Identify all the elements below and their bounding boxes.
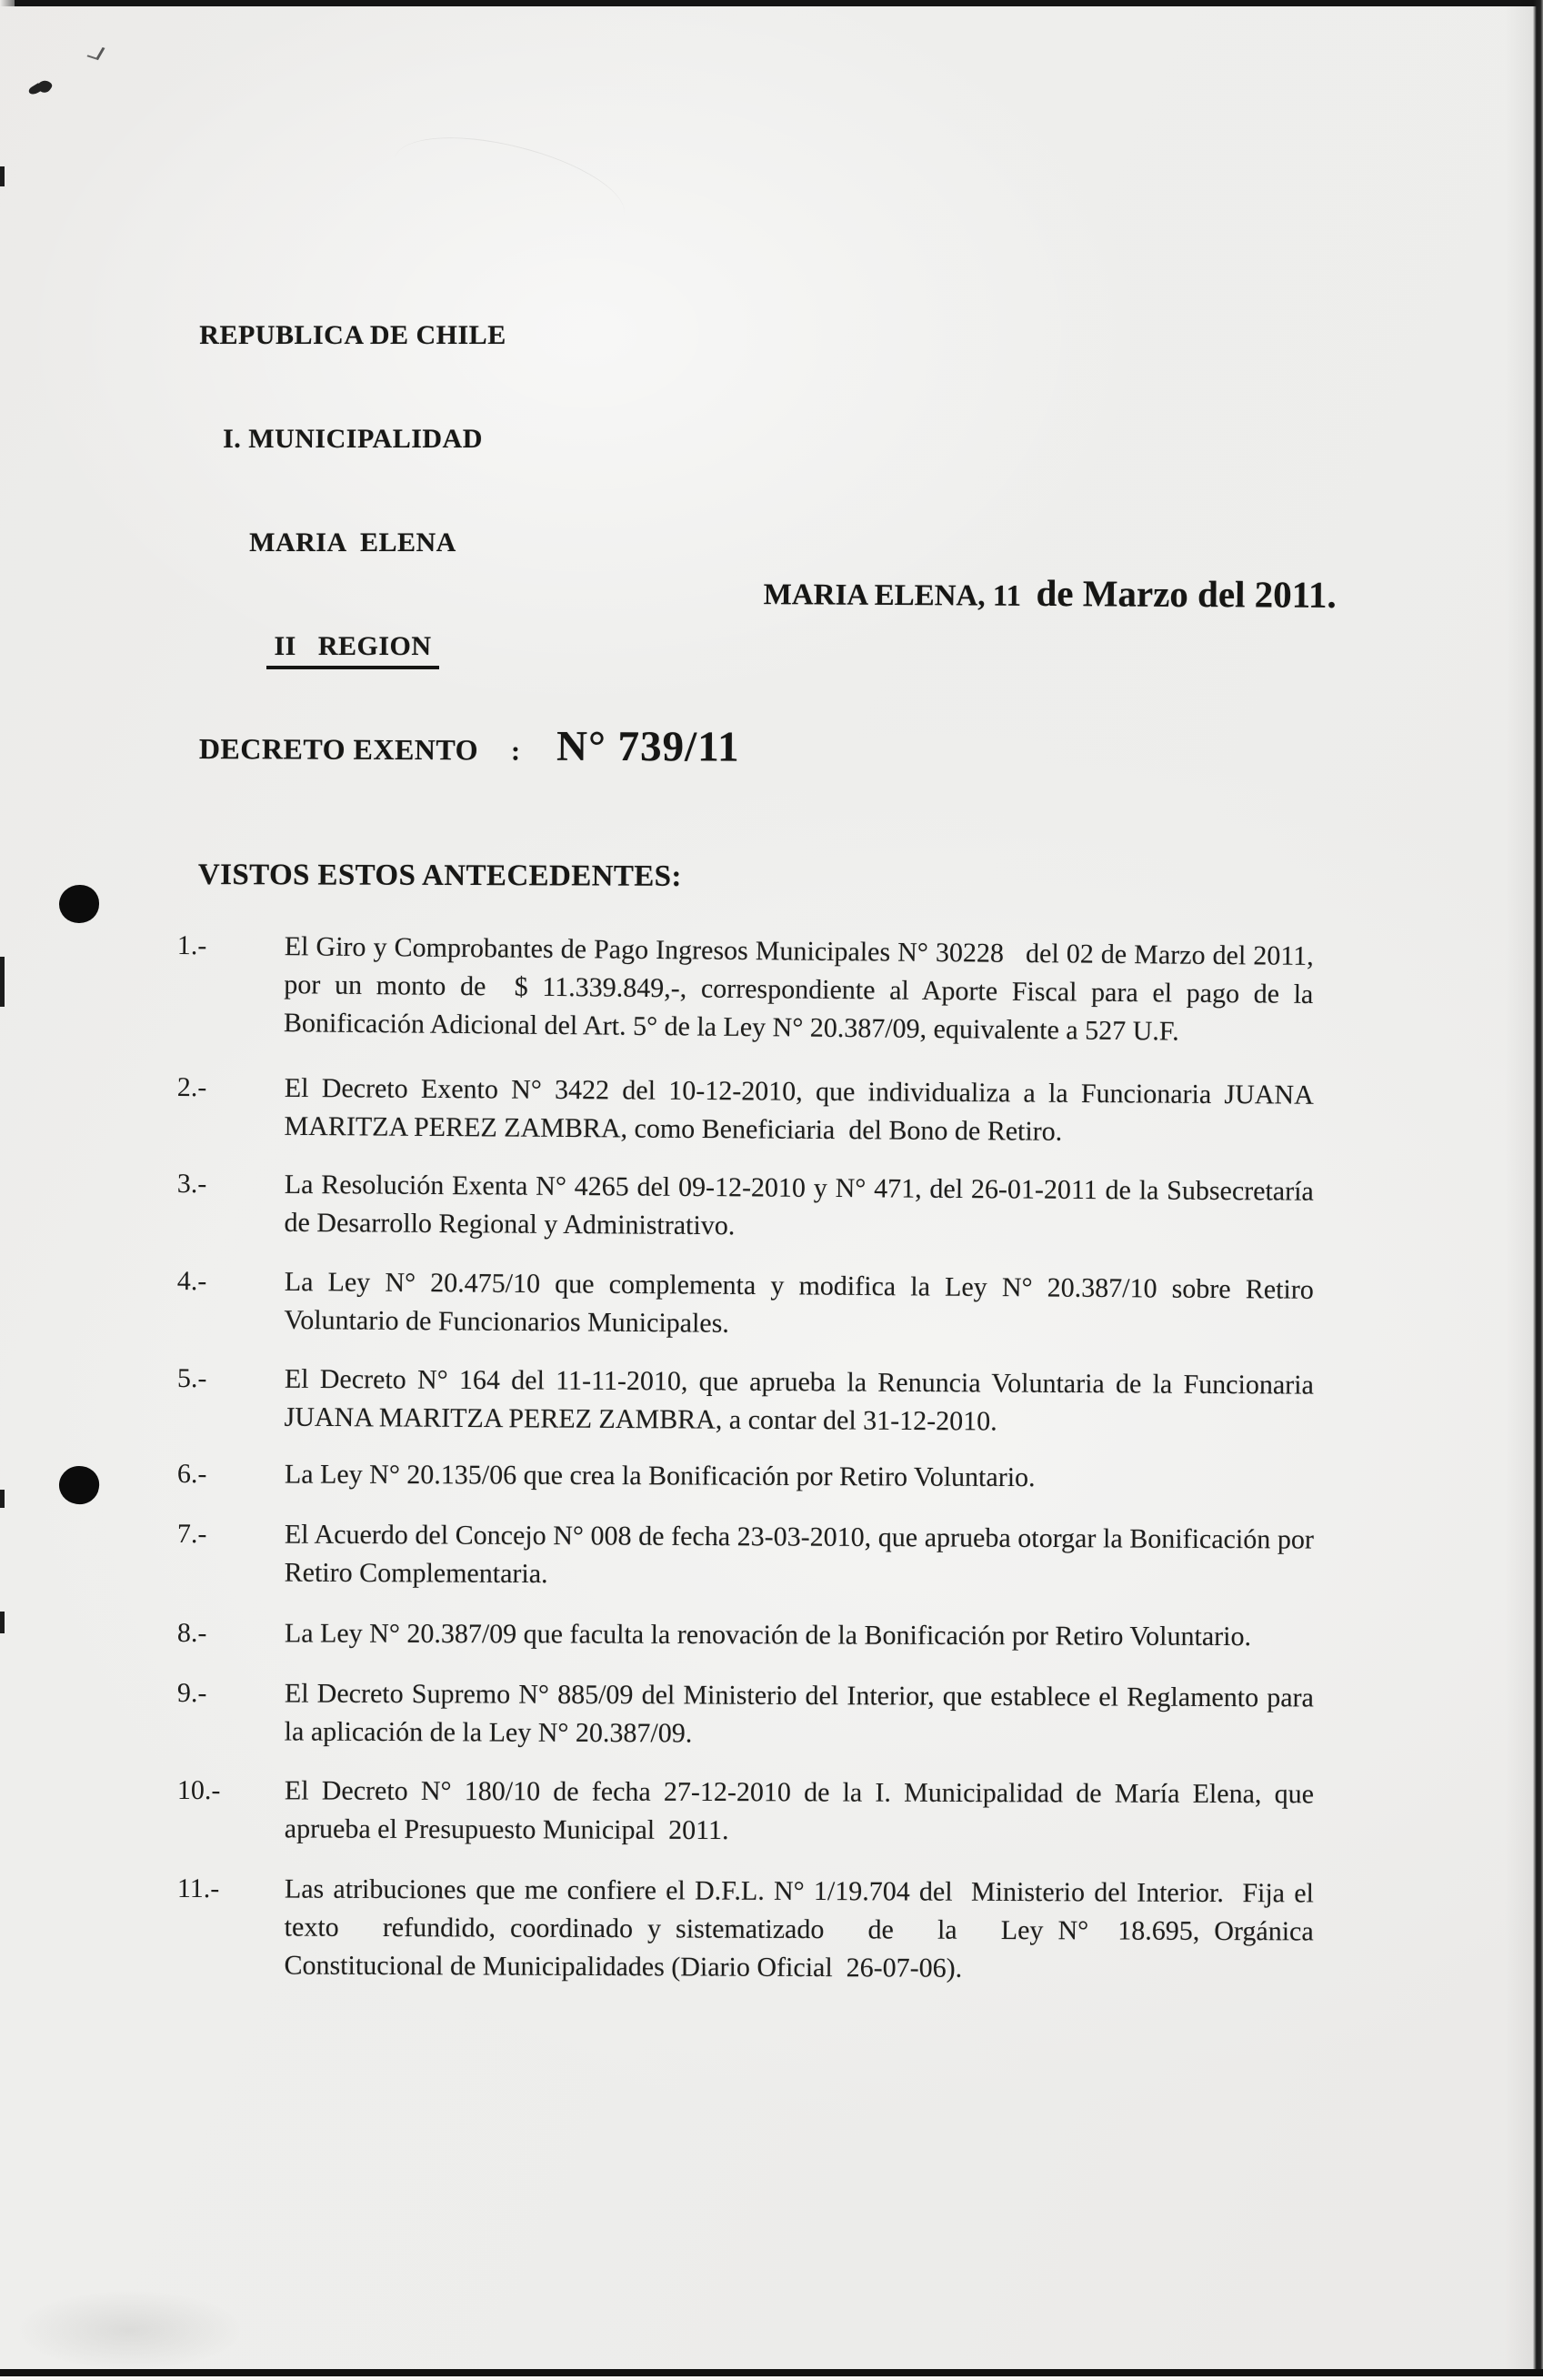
dateline: MARIA ELENA, 11 de Marzo del 2011.	[748, 553, 1368, 633]
paper-crease	[385, 118, 634, 256]
decree-number: N° 739/11	[556, 723, 740, 771]
pen-mark	[86, 45, 105, 60]
antecedent-item-4: 4.- La Ley N° 20.475/10 que complementa …	[177, 1262, 1314, 1271]
decree-colon: :	[511, 736, 520, 766]
hole-punch-mark-top	[59, 885, 99, 923]
antecedent-item-1: 1.- El Giro y Comprobantes de Pago Ingre…	[177, 927, 1314, 938]
scan-edge-top	[15, 0, 1543, 6]
antecedent-item-9: 9.- El Decreto Supremo N° 885/09 del Min…	[177, 1674, 1314, 1679]
decree-label: DECRETO EXENTO	[199, 732, 478, 766]
scan-edge-right	[1533, 0, 1543, 2380]
scan-edge-below	[0, 2376, 1543, 2380]
dateline-place: MARIA ELENA,	[764, 578, 986, 612]
item-text: El Acuerdo del Concejo N° 008 de fecha 2…	[285, 1516, 1314, 1598]
item-text: El Decreto Exento N° 3422 del 10-12-2010…	[284, 1069, 1314, 1153]
item-text: La Ley N° 20.475/10 que complementa y mo…	[284, 1263, 1314, 1348]
antecedent-item-6: 6.- La Ley N° 20.135/06 que crea la Boni…	[177, 1455, 1314, 1460]
antecedent-item-8: 8.- La Ley N° 20.387/09 que faculta la r…	[177, 1614, 1314, 1618]
item-number: 1.-	[177, 927, 207, 965]
item-number: 6.-	[177, 1455, 207, 1493]
antecedent-item-10: 10.- El Decreto N° 180/10 de fecha 27-12…	[177, 1772, 1314, 1775]
letterhead-region: II REGION	[193, 629, 513, 669]
paper-edge-shadow-right	[1505, 0, 1533, 2380]
scan-edge-left-segment	[0, 1490, 5, 1508]
item-number: 10.-	[177, 1772, 221, 1810]
scanned-decree-page: REPUBLICA DE CHILE I. MUNICIPALIDAD MARI…	[0, 0, 1543, 2380]
scan-edge-left-segment	[0, 957, 5, 1007]
letterhead: REPUBLICA DE CHILE I. MUNICIPALIDAD MARI…	[193, 249, 513, 738]
scan-edge-top-fade	[0, 0, 27, 6]
item-text: El Decreto Supremo N° 885/09 del Ministe…	[285, 1675, 1314, 1756]
dateline-date: de Marzo del 2011.	[1036, 572, 1337, 616]
item-number: 7.-	[177, 1515, 207, 1553]
ink-smudge-mark	[35, 77, 53, 95]
scan-edge-left-segment	[0, 166, 5, 186]
item-number: 9.-	[177, 1674, 207, 1712]
item-number: 4.-	[177, 1262, 207, 1300]
letterhead-municipality: I. MUNICIPALIDAD	[193, 422, 513, 457]
item-text: La Ley N° 20.135/06 que crea la Bonifica…	[285, 1456, 1314, 1499]
letterhead-country: REPUBLICA DE CHILE	[193, 318, 513, 353]
antecedent-item-7: 7.- El Acuerdo del Concejo N° 008 de fec…	[177, 1515, 1314, 1521]
item-text: El Decreto N° 164 del 11-11-2010, que ap…	[284, 1361, 1313, 1443]
item-number: 2.-	[177, 1069, 207, 1107]
scan-edge-left-segment	[0, 1612, 5, 1633]
item-text: La Ley N° 20.387/09 que faculta la renov…	[285, 1614, 1314, 1656]
scan-edge-bottom	[0, 2369, 1543, 2376]
antecedent-item-5: 5.- El Decreto N° 164 del 11-11-2010, qu…	[177, 1360, 1314, 1367]
antecedent-item-2: 2.- El Decreto Exento N° 3422 del 10-12-…	[177, 1069, 1314, 1077]
scan-smudge-bottom-left	[16, 2290, 244, 2370]
antecedent-item-3: 3.- La Resolución Exenta N° 4265 del 09-…	[177, 1165, 1314, 1173]
letterhead-region-underlined: II REGION	[266, 629, 438, 669]
item-number: 3.-	[177, 1165, 207, 1203]
dateline-day: 11	[985, 580, 1036, 613]
item-number: 11.-	[177, 1870, 220, 1908]
item-number: 8.-	[177, 1614, 207, 1652]
item-text: La Resolución Exenta N° 4265 del 09-12-2…	[284, 1166, 1314, 1250]
antecedent-item-11: 11.- Las atribuciones que me confiere el…	[177, 1870, 1314, 1874]
letterhead-city: MARIA ELENA	[193, 526, 513, 560]
decree-number-line: DECRETO EXENTO:N° 739/11	[199, 720, 1017, 773]
item-text: Las atribuciones que me confiere el D.F.…	[284, 1871, 1314, 1990]
section-title-vistos: VISTOS ESTOS ANTECEDENTES:	[198, 859, 682, 894]
hole-punch-mark-bottom	[56, 1463, 101, 1507]
item-text: El Decreto N° 180/10 de fecha 27-12-2010…	[285, 1772, 1314, 1852]
item-number: 5.-	[177, 1360, 207, 1398]
item-text: El Giro y Comprobantes de Pago Ingresos …	[284, 928, 1314, 1052]
